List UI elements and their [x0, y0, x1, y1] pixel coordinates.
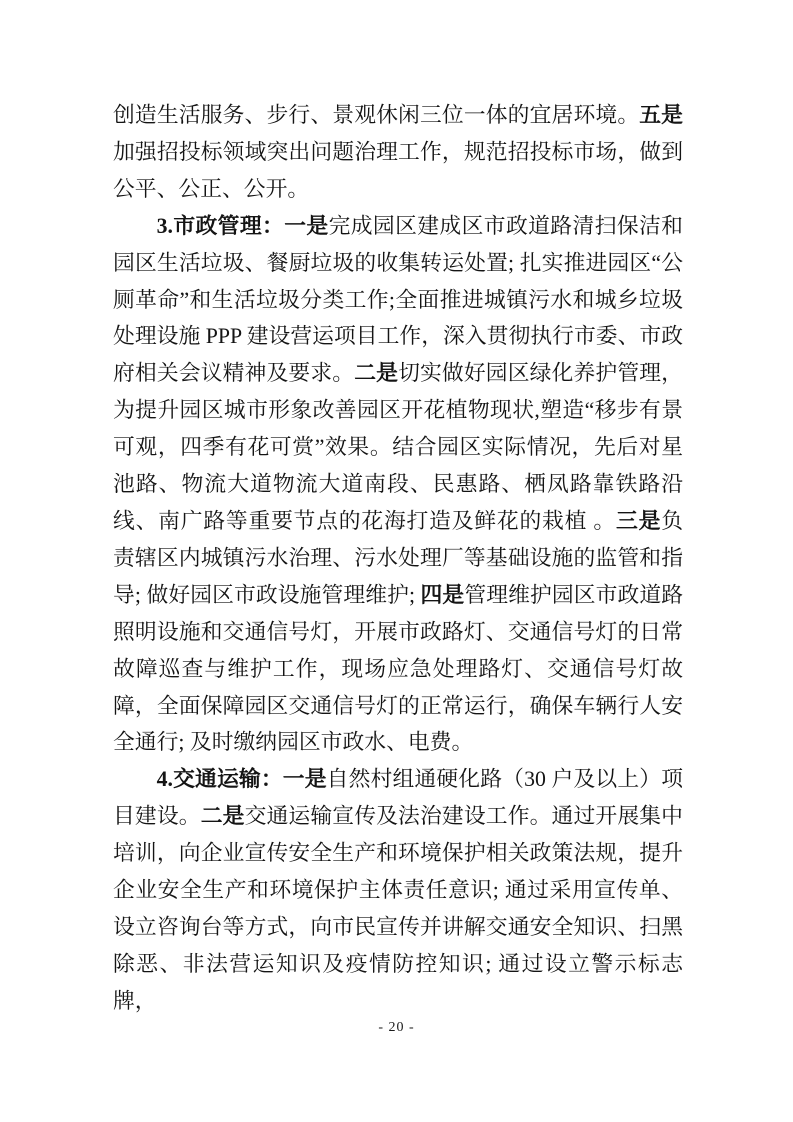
document-body: 创造生活服务、步行、景观休闲三位一体的宜居环境。五是加强招投标领域突出问题治理工… [113, 97, 683, 1020]
document-page: 创造生活服务、步行、景观休闲三位一体的宜居环境。五是加强招投标领域突出问题治理工… [0, 0, 793, 1122]
bold-text-run: 一是 [284, 214, 328, 238]
page-number: - 20 - [0, 1020, 793, 1036]
text-run: 管理维护园区市政道路照明设施和交通信号灯，开展市政路灯、交通信号灯的日常故障巡查… [113, 583, 683, 755]
text-run: 完成园区建成区市政道路清扫保洁和园区生活垃圾、餐厨垃圾的收集转运处置; 扎实推进… [113, 214, 683, 386]
bold-text-run: 一是 [283, 767, 327, 791]
bold-text-run: 三是 [616, 509, 661, 533]
text-run: 切实做好园区绿化养护管理，为提升园区城市形象改善园区开花植物现状,塑造“移步有景… [113, 361, 683, 533]
bold-text-run: 4.交通运输： [157, 767, 283, 791]
text-run: 创造生活服务、步行、景观休闲三位一体的宜居环境。 [113, 103, 639, 127]
bold-text-run: 五是 [639, 103, 683, 127]
text-run: 加强招投标领域突出问题治理工作，规范招投标市场，做到公平、公正、公开。 [113, 140, 683, 201]
municipal-management-paragraph: 3.市政管理：一是完成园区建成区市政道路清扫保洁和园区生活垃圾、餐厨垃圾的收集转… [113, 208, 683, 762]
bold-text-run: 四是 [421, 583, 465, 607]
bold-text-run: 二是 [201, 804, 245, 828]
bold-text-run: 3.市政管理： [157, 214, 285, 238]
transportation-paragraph: 4.交通运输：一是自然村组通硬化路（30 户及以上）项目建设。二是交通运输宣传及… [113, 761, 683, 1019]
continuation-paragraph: 创造生活服务、步行、景观休闲三位一体的宜居环境。五是加强招投标领域突出问题治理工… [113, 97, 683, 208]
text-run: 交通运输宣传及法治建设工作。通过开展集中培训，向企业宣传安全生产和环境保护相关政… [113, 804, 683, 1013]
bold-text-run: 二是 [354, 361, 398, 385]
